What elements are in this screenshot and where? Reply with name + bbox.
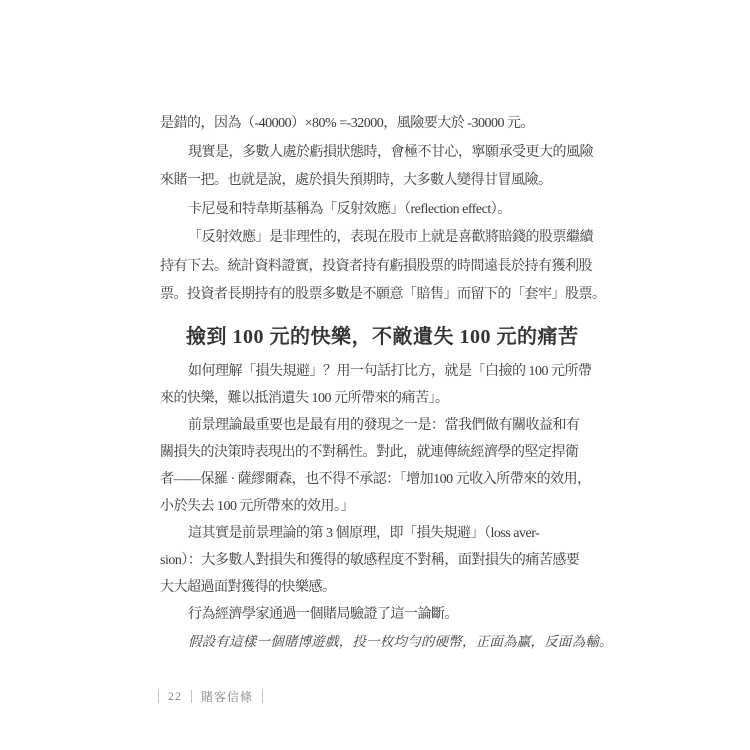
page-footer: 22 賭客信條: [158, 688, 263, 705]
text-line: 「反射效應」是非理性的，表現在股市上就是喜歡將賠錢的股票繼續: [160, 224, 630, 253]
text-line: sion）：大多數人對損失和獲得的敏感程度不對稱，面對損失的痛苦感要: [160, 547, 630, 574]
text-line: 是錯的，因為（-40000）×80% =-32000，風險要大於 -30000 …: [160, 110, 630, 139]
text-line: 小於失去 100 元所帶來的效用。」: [160, 493, 630, 520]
footer-divider: [158, 690, 159, 703]
paragraph: 是錯的，因為（-40000）×80% =-32000，風險要大於 -30000 …: [160, 110, 630, 139]
footer-divider: [191, 690, 192, 703]
book-page: 是錯的，因為（-40000）×80% =-32000，風險要大於 -30000 …: [0, 0, 750, 750]
section-heading: 撿到 100 元的快樂，不敵遺失 100 元的痛苦: [186, 323, 630, 351]
text-line: 行為經濟學家通過一個賭局驗證了這一論斷。: [160, 601, 630, 628]
text-line: 大大超過面對獲得的快樂感。: [160, 574, 630, 601]
text-line: 來的快樂，難以抵消遺失 100 元所帶來的痛苦」。: [160, 385, 630, 412]
paragraph: 如何理解「損失規避」？用一句話打比方，就是「白撿的 100 元所帶來的快樂，難以…: [160, 358, 630, 412]
footer-book-title: 賭客信條: [201, 688, 253, 705]
paragraph: 行為經濟學家通過一個賭局驗證了這一論斷。: [160, 601, 630, 628]
footer-divider: [262, 690, 263, 703]
text-line: 這其實是前景理論的第 3 個原理，即「損失規避」（loss aver-: [160, 520, 630, 547]
text-line: 持有下去。統計資料證實，投資者持有虧損股票的時間遠長於持有獲利股: [160, 253, 630, 282]
text-line: 來賭一把。也就是說，處於損失預期時，大多數人變得甘冒風險。: [160, 167, 630, 196]
paragraph: 「反射效應」是非理性的，表現在股市上就是喜歡將賠錢的股票繼續持有下去。統計資料證…: [160, 224, 630, 310]
text-line: 者——保羅 · 薩繆爾森，也不得不承認：「增加100 元收入所帶來的效用，: [160, 466, 630, 493]
paragraph: 卡尼曼和特韋斯基稱為「反射效應」（reflection effect）。: [160, 196, 630, 225]
text-line: 票。投資者長期持有的股票多數是不願意「賠售」而留下的「套牢」股票。: [160, 281, 630, 310]
text-line: 關損失的決策時表現出的不對稱性。對此，就連傳統經濟學的堅定捍衛: [160, 439, 630, 466]
text-line: 卡尼曼和特韋斯基稱為「反射效應」（reflection effect）。: [160, 196, 630, 225]
page-number: 22: [168, 689, 182, 704]
paragraph: 前景理論最重要也是最有用的發現之一是：當我們做有關收益和有關損失的決策時表現出的…: [160, 412, 630, 520]
paragraph-example-kai: 假設有這樣一個賭博遊戲，投一枚均勻的硬幣，正面為贏，反面為輸。: [160, 628, 630, 655]
text-column: 是錯的，因為（-40000）×80% =-32000，風險要大於 -30000 …: [160, 110, 630, 655]
paragraph: 現實是，多數人處於虧損狀態時，會極不甘心，寧願承受更大的風險來賭一把。也就是說，…: [160, 139, 630, 196]
text-line: 前景理論最重要也是最有用的發現之一是：當我們做有關收益和有: [160, 412, 630, 439]
paragraph: 這其實是前景理論的第 3 個原理，即「損失規避」（loss aver-sion）…: [160, 520, 630, 601]
text-line: 如何理解「損失規避」？用一句話打比方，就是「白撿的 100 元所帶: [160, 358, 630, 385]
text-line: 現實是，多數人處於虧損狀態時，會極不甘心，寧願承受更大的風險: [160, 139, 630, 168]
text-line: 假設有這樣一個賭博遊戲，投一枚均勻的硬幣，正面為贏，反面為輸。: [160, 628, 630, 655]
